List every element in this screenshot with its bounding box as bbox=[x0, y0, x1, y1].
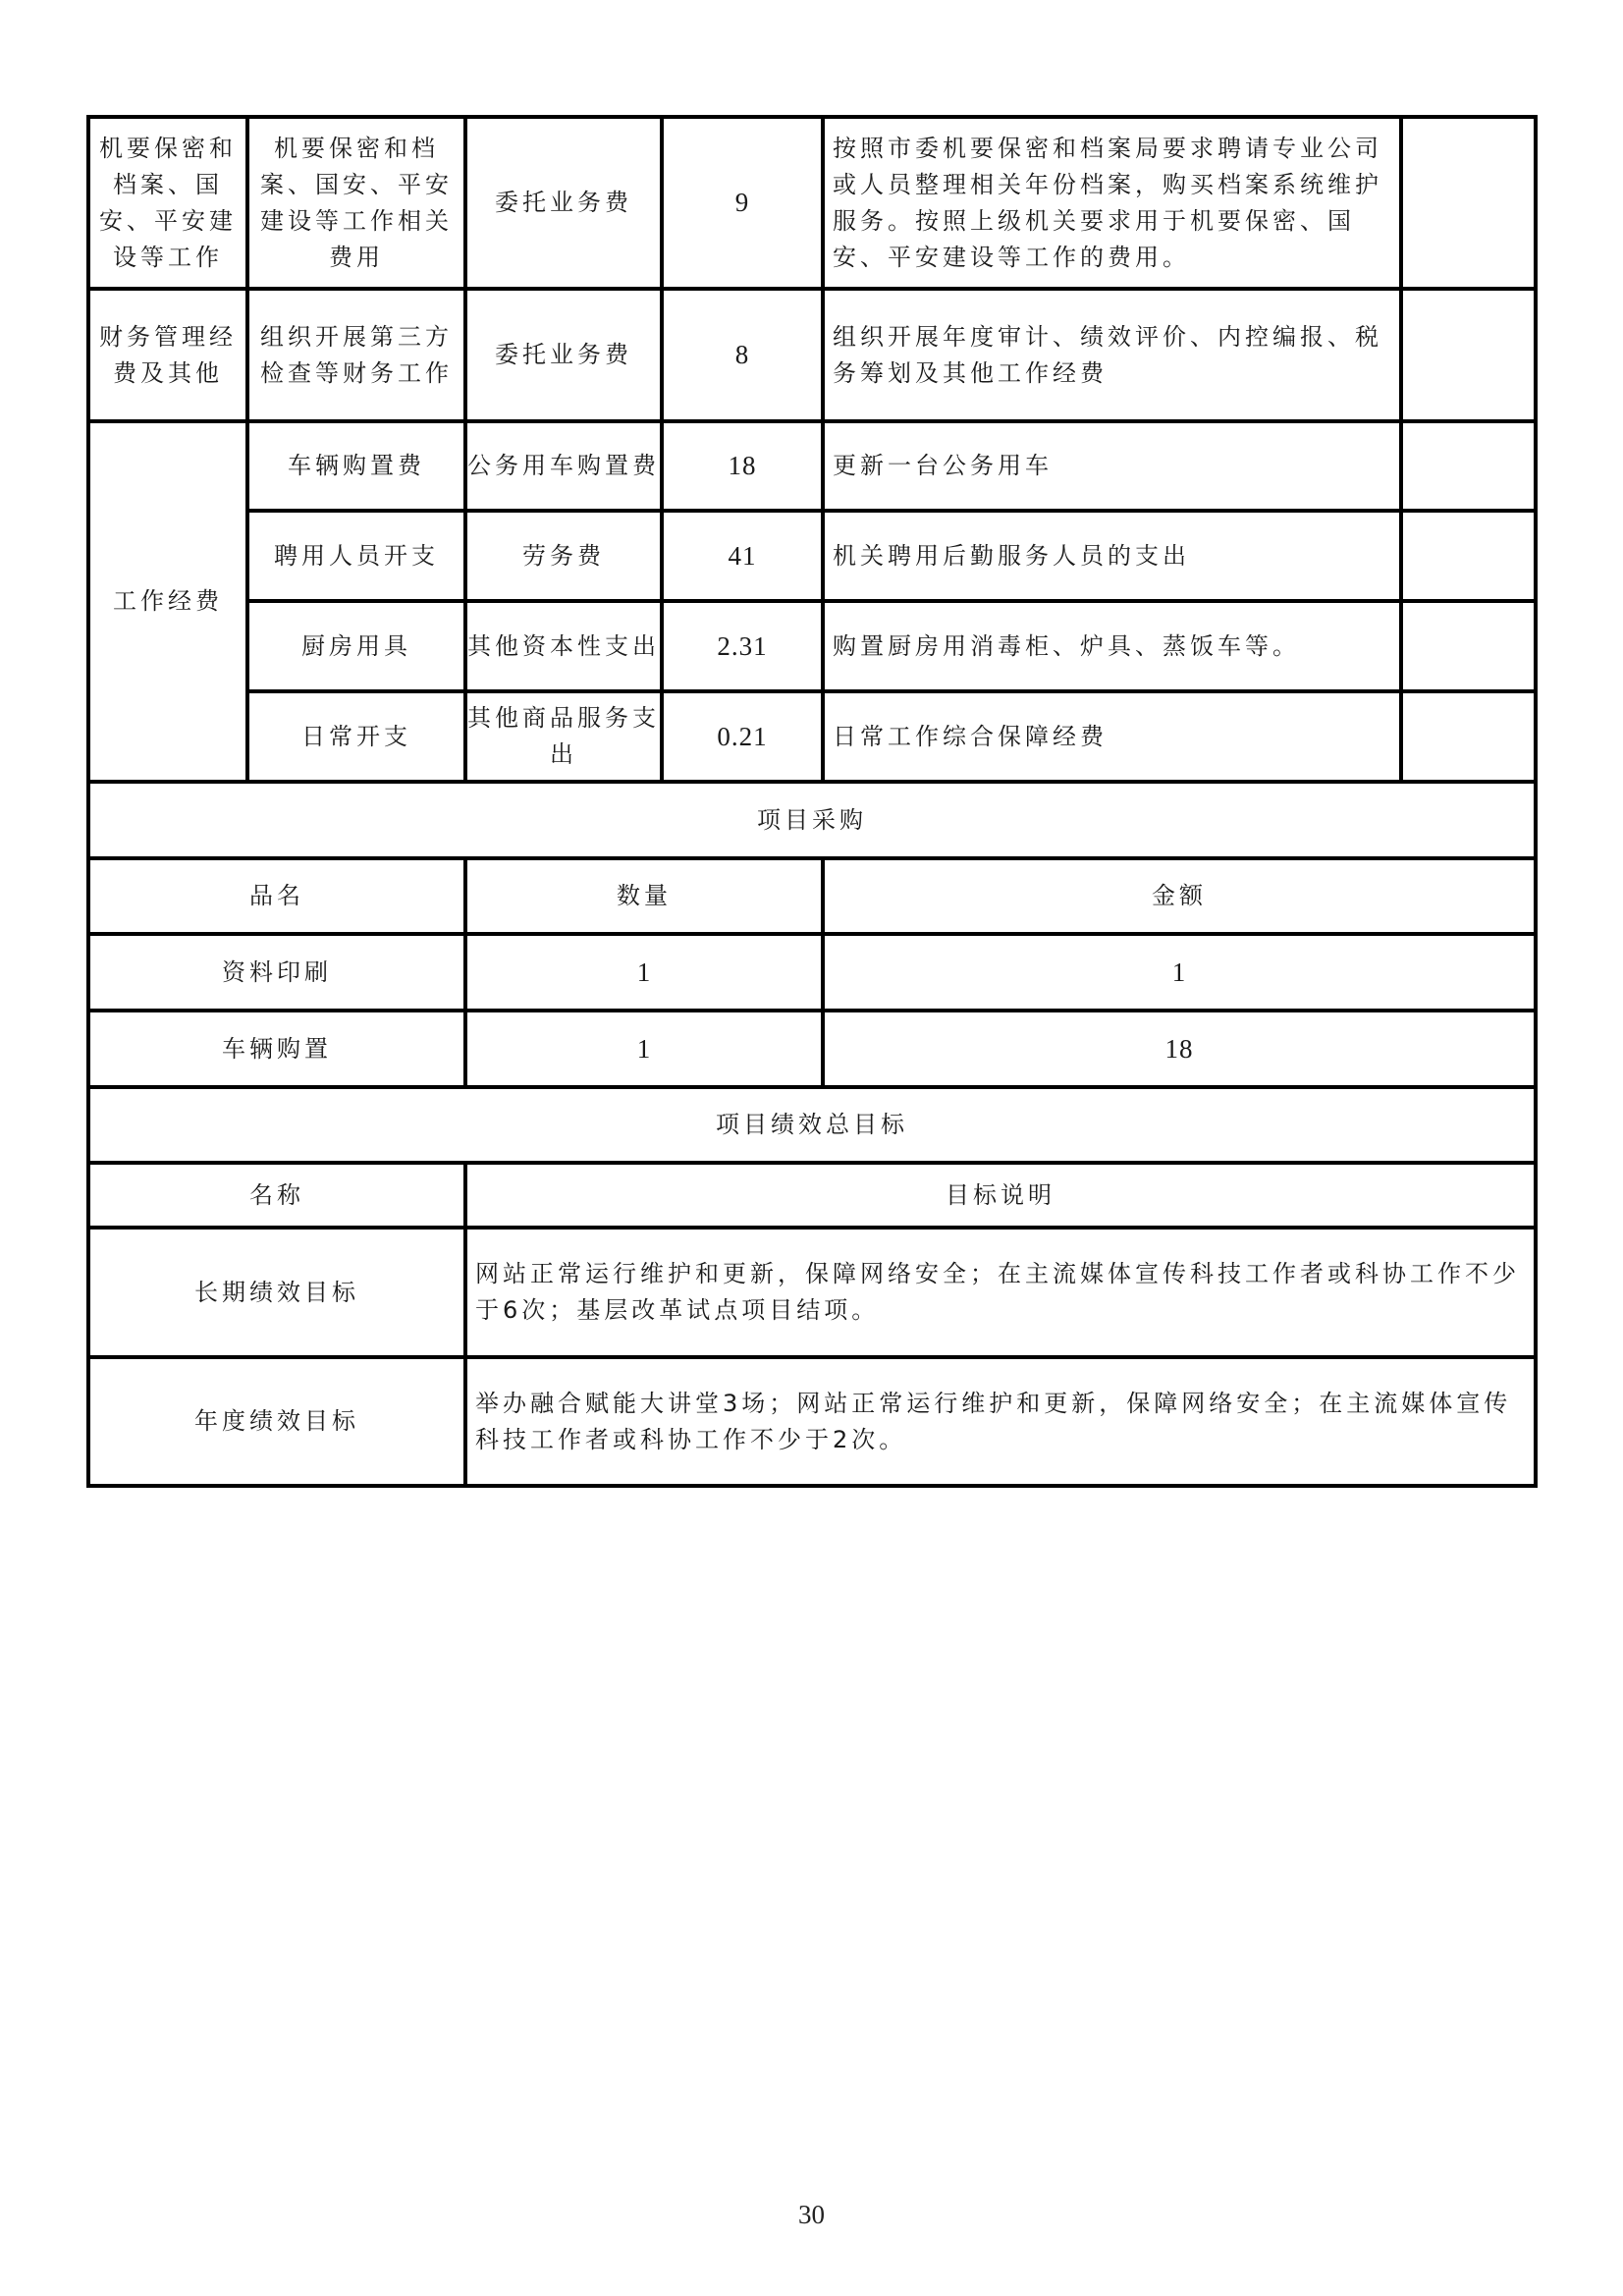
economic-class-cell: 劳务费 bbox=[465, 511, 662, 601]
procurement-item-quantity: 1 bbox=[465, 1011, 823, 1087]
work-fund-row: 工作经费 车辆购置费 公务用车购置费 18 更新一台公务用车 bbox=[88, 421, 1536, 511]
description-cell: 更新一台公务用车 bbox=[823, 421, 1401, 511]
item-cell: 车辆购置费 bbox=[247, 421, 465, 511]
procurement-title: 项目采购 bbox=[88, 782, 1536, 858]
procurement-row: 车辆购置 1 18 bbox=[88, 1011, 1536, 1087]
budget-table: 机要保密和档案、国安、平安建设等工作 机要保密和档案、国安、平安建设等工作相关费… bbox=[86, 115, 1538, 1488]
performance-header-name: 名称 bbox=[88, 1163, 465, 1228]
performance-header-description: 目标说明 bbox=[465, 1163, 1536, 1228]
performance-goal-description: 举办融合赋能大讲堂3场；网站正常运行维护和更新，保障网络安全；在主流媒体宣传科技… bbox=[465, 1357, 1536, 1486]
page-number: 30 bbox=[0, 2200, 1623, 2230]
description-cell: 购置厨房用消毒柜、炉具、蒸饭车等。 bbox=[823, 601, 1401, 691]
note-cell bbox=[1401, 691, 1536, 782]
performance-title: 项目绩效总目标 bbox=[88, 1087, 1536, 1163]
amount-cell: 41 bbox=[662, 511, 823, 601]
procurement-header-row: 品名 数量 金额 bbox=[88, 858, 1536, 934]
economic-class-cell: 公务用车购置费 bbox=[465, 421, 662, 511]
procurement-row: 资料印刷 1 1 bbox=[88, 934, 1536, 1011]
note-cell bbox=[1401, 601, 1536, 691]
item-cell: 日常开支 bbox=[247, 691, 465, 782]
amount-cell: 18 bbox=[662, 421, 823, 511]
economic-class-cell: 其他商品服务支出 bbox=[465, 691, 662, 782]
amount-cell: 0.21 bbox=[662, 691, 823, 782]
description-cell: 按照市委机要保密和档案局要求聘请专业公司或人员整理相关年份档案，购买档案系统维护… bbox=[823, 117, 1401, 289]
economic-class-cell: 委托业务费 bbox=[465, 117, 662, 289]
performance-row: 长期绩效目标 网站正常运行维护和更新，保障网络安全；在主流媒体宣传科技工作者或科… bbox=[88, 1228, 1536, 1357]
description-cell: 日常工作综合保障经费 bbox=[823, 691, 1401, 782]
performance-goal-description: 网站正常运行维护和更新，保障网络安全；在主流媒体宣传科技工作者或科协工作不少于6… bbox=[465, 1228, 1536, 1357]
procurement-item-quantity: 1 bbox=[465, 934, 823, 1011]
amount-cell: 8 bbox=[662, 289, 823, 421]
procurement-title-row: 项目采购 bbox=[88, 782, 1536, 858]
description-cell: 机关聘用后勤服务人员的支出 bbox=[823, 511, 1401, 601]
economic-class-cell: 委托业务费 bbox=[465, 289, 662, 421]
performance-goal-name: 年度绩效目标 bbox=[88, 1357, 465, 1486]
amount-cell: 2.31 bbox=[662, 601, 823, 691]
work-fund-category-cell: 工作经费 bbox=[88, 421, 247, 782]
category-cell: 财务管理经费及其他 bbox=[88, 289, 247, 421]
note-cell bbox=[1401, 289, 1536, 421]
amount-cell: 9 bbox=[662, 117, 823, 289]
procurement-item-name: 资料印刷 bbox=[88, 934, 465, 1011]
performance-header-row: 名称 目标说明 bbox=[88, 1163, 1536, 1228]
category-cell: 机要保密和档案、国安、平安建设等工作 bbox=[88, 117, 247, 289]
procurement-header-amount: 金额 bbox=[823, 858, 1536, 934]
description-cell: 组织开展年度审计、绩效评价、内控编报、税务筹划及其他工作经费 bbox=[823, 289, 1401, 421]
procurement-item-amount: 18 bbox=[823, 1011, 1536, 1087]
item-cell: 组织开展第三方检查等财务工作 bbox=[247, 289, 465, 421]
performance-goal-name: 长期绩效目标 bbox=[88, 1228, 465, 1357]
budget-row: 机要保密和档案、国安、平安建设等工作 机要保密和档案、国安、平安建设等工作相关费… bbox=[88, 117, 1536, 289]
procurement-item-amount: 1 bbox=[823, 934, 1536, 1011]
work-fund-row: 聘用人员开支 劳务费 41 机关聘用后勤服务人员的支出 bbox=[88, 511, 1536, 601]
economic-class-cell: 其他资本性支出 bbox=[465, 601, 662, 691]
note-cell bbox=[1401, 117, 1536, 289]
work-fund-row: 日常开支 其他商品服务支出 0.21 日常工作综合保障经费 bbox=[88, 691, 1536, 782]
budget-row: 财务管理经费及其他 组织开展第三方检查等财务工作 委托业务费 8 组织开展年度审… bbox=[88, 289, 1536, 421]
item-cell: 厨房用具 bbox=[247, 601, 465, 691]
performance-row: 年度绩效目标 举办融合赋能大讲堂3场；网站正常运行维护和更新，保障网络安全；在主… bbox=[88, 1357, 1536, 1486]
item-cell: 机要保密和档案、国安、平安建设等工作相关费用 bbox=[247, 117, 465, 289]
procurement-item-name: 车辆购置 bbox=[88, 1011, 465, 1087]
note-cell bbox=[1401, 511, 1536, 601]
note-cell bbox=[1401, 421, 1536, 511]
item-cell: 聘用人员开支 bbox=[247, 511, 465, 601]
performance-title-row: 项目绩效总目标 bbox=[88, 1087, 1536, 1163]
work-fund-row: 厨房用具 其他资本性支出 2.31 购置厨房用消毒柜、炉具、蒸饭车等。 bbox=[88, 601, 1536, 691]
procurement-header-quantity: 数量 bbox=[465, 858, 823, 934]
procurement-header-name: 品名 bbox=[88, 858, 465, 934]
